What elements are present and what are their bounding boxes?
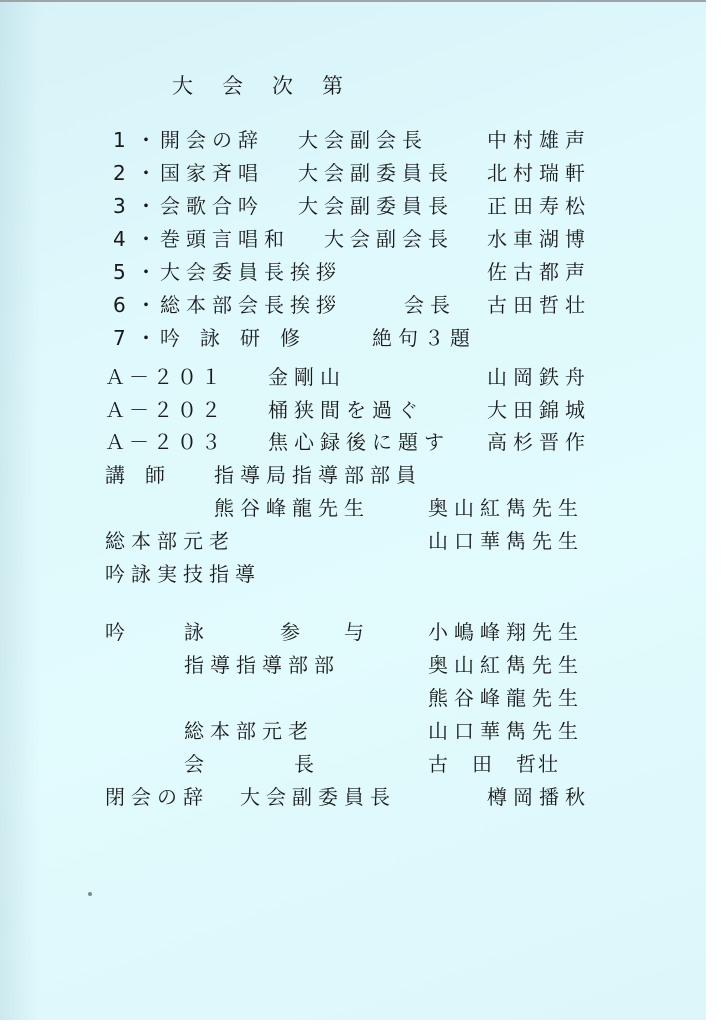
instructor-heading-row: 講 師 指導局指導部部員 <box>0 463 706 487</box>
item-role: 絶句３題 <box>372 326 476 350</box>
program-row-4: 4 ・ 巻頭言唱和 大会副会長 水車湖博 <box>0 227 706 251</box>
item-person: 水車湖博 <box>487 227 591 251</box>
item-number: 3 <box>113 194 132 218</box>
advisor-row-2: 指導指導部部 奥山紅雋先生 <box>0 653 706 677</box>
poem-code: Ａ－２０２ <box>105 398 225 422</box>
advisor-row-3: 熊谷峰龍先生 <box>0 686 706 710</box>
item-separator: ・ <box>136 293 162 317</box>
item-number: 2 <box>113 161 132 185</box>
closing-role: 大会副委員長 <box>240 785 396 809</box>
item-person: 正田寿松 <box>487 194 591 218</box>
item-number: 6 <box>113 293 132 317</box>
item-number: 4 <box>113 227 132 251</box>
item-name: 吟 詠 研 修 <box>160 326 300 350</box>
poem-row-1: Ａ－２０１ 金剛山 山岡鉄舟 <box>0 365 706 389</box>
item-person: 中村雄声 <box>487 128 591 152</box>
item-name: 開会の辞 <box>160 128 264 152</box>
advisor-label: 詠 参 与 <box>184 620 376 644</box>
program-row-5: 5 ・ 大会委員長挨拶 佐古都声 <box>0 260 706 284</box>
scanned-paper: 大 会 次 第 1 ・ 開会の辞 大会副会長 中村雄声 2 ・ 国家斉唱 大会副… <box>0 0 706 1020</box>
item-separator: ・ <box>136 161 162 185</box>
poem-code: Ａ－２０１ <box>105 365 225 389</box>
closing-row: 閉会の辞 大会副委員長 樽岡播秋 <box>0 785 706 809</box>
poem-row-3: Ａ－２０３ 焦心録後に題す 高杉晋作 <box>0 430 706 454</box>
practice-row: 吟詠実技指導 <box>0 562 706 586</box>
elder-row: 総本部元老 山口華雋先生 <box>0 529 706 553</box>
item-separator: ・ <box>136 260 162 284</box>
advisor-row-4: 総本部元老 山口華雋先生 <box>0 719 706 743</box>
instructor-name: 熊谷峰龍先生 <box>214 496 370 520</box>
advisor-role: 総本部元老 <box>184 719 314 743</box>
advisor-row-5: 会 長 古 田 哲壮 <box>0 752 706 776</box>
item-person: 佐古都声 <box>487 260 591 284</box>
advisor-name: 古 田 哲壮 <box>428 752 560 776</box>
closing-item: 閉会の辞 <box>105 785 209 809</box>
item-separator: ・ <box>136 128 162 152</box>
poem-author: 山岡鉄舟 <box>487 365 591 389</box>
item-role: 大会副委員長 <box>298 194 454 218</box>
program-row-6: 6 ・ 総本部会長挨拶 会長 古田哲壮 <box>0 293 706 317</box>
title-char: 次 <box>272 74 293 98</box>
advisor-name: 小嶋峰翔先生 <box>428 620 584 644</box>
item-person: 古田哲壮 <box>487 293 591 317</box>
title-char: 大 <box>172 74 193 98</box>
item-name: 総本部会長挨拶 <box>160 293 342 317</box>
program-row-2: 2 ・ 国家斉唱 大会副委員長 北村瑞軒 <box>0 161 706 185</box>
item-number: 7 <box>113 326 132 350</box>
item-number: 1 <box>113 128 132 152</box>
instructor-names-row: 熊谷峰龍先生 奥山紅雋先生 <box>0 496 706 520</box>
advisor-row-1: 吟 詠 参 与 小嶋峰翔先生 <box>0 620 706 644</box>
program-row-3: 3 ・ 会歌合吟 大会副委員長 正田寿松 <box>0 194 706 218</box>
item-name: 巻頭言唱和 <box>160 227 290 251</box>
advisor-name: 熊谷峰龍先生 <box>428 686 584 710</box>
advisor-name: 奥山紅雋先生 <box>428 653 584 677</box>
advisor-role: 会 長 <box>184 752 316 776</box>
instructor-label: 講 師 <box>105 463 165 487</box>
poem-title: 桶狭間を過ぐ <box>268 398 424 422</box>
item-name: 国家斉唱 <box>160 161 264 185</box>
title-char: 第 <box>322 74 343 98</box>
scan-speck <box>88 892 92 896</box>
practice-label: 吟詠実技指導 <box>105 562 261 586</box>
item-role: 大会副委員長 <box>298 161 454 185</box>
elder-name: 山口華雋先生 <box>428 529 584 553</box>
advisor-label: 吟 <box>105 620 131 644</box>
poem-author: 大田錦城 <box>487 398 591 422</box>
item-number: 5 <box>113 260 132 284</box>
item-person: 北村瑞軒 <box>487 161 591 185</box>
poem-row-2: Ａ－２０２ 桶狭間を過ぐ 大田錦城 <box>0 398 706 422</box>
program-row-1: 1 ・ 開会の辞 大会副会長 中村雄声 <box>0 128 706 152</box>
poem-author: 高杉晋作 <box>487 430 591 454</box>
closing-person: 樽岡播秋 <box>487 785 591 809</box>
advisor-name: 山口華雋先生 <box>428 719 584 743</box>
poem-code: Ａ－２０３ <box>105 430 225 454</box>
instructor-name: 奥山紅雋先生 <box>428 496 584 520</box>
item-separator: ・ <box>136 326 162 350</box>
poem-title: 金剛山 <box>268 365 346 389</box>
item-separator: ・ <box>136 227 162 251</box>
item-role: 大会副会長 <box>298 128 428 152</box>
elder-label: 総本部元老 <box>105 529 235 553</box>
item-role: 会長 <box>404 293 456 317</box>
item-role: 大会副会長 <box>324 227 454 251</box>
poem-title: 焦心録後に題す <box>268 430 450 454</box>
item-separator: ・ <box>136 194 162 218</box>
program-row-7: 7 ・ 吟 詠 研 修 絶句３題 <box>0 326 706 350</box>
item-name: 大会委員長挨拶 <box>160 260 342 284</box>
advisor-role: 指導指導部部 <box>184 653 340 677</box>
instructor-dept: 指導局指導部部員 <box>214 463 422 487</box>
title-char: 会 <box>222 74 243 98</box>
page-title: 大 会 次 第 <box>0 74 706 98</box>
item-name: 会歌合吟 <box>160 194 264 218</box>
